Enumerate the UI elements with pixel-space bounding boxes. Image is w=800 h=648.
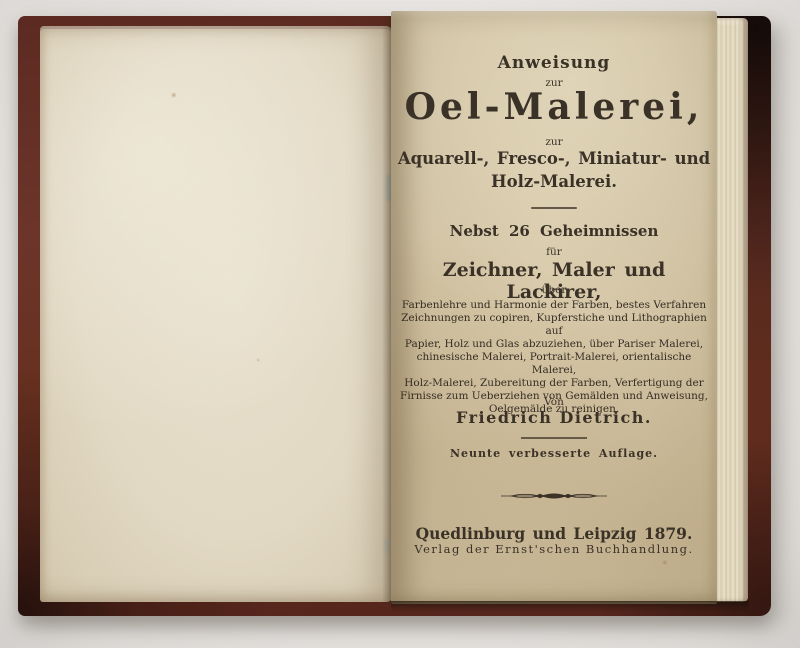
short-rule-divider (531, 207, 577, 209)
contents-line: Farbenlehre und Harmonie der Farben, bes… (396, 299, 712, 312)
main-title: Oel-Malerei, (391, 86, 717, 128)
secrets-line: Nebst 26 Geheimnissen (391, 222, 717, 240)
blank-left-page (40, 26, 392, 602)
contents-line: Papier, Holz und Glas abzuziehen, über P… (396, 338, 712, 351)
title-page: Anweisung zur Oel-Malerei, zur Aquarell-… (391, 11, 717, 604)
contents-line: Holz-Malerei, Zubereitung der Farben, Ve… (396, 377, 712, 390)
lens-ornament-divider (391, 487, 717, 506)
contents-line: chinesische Malerei, Portrait-Malerei, o… (396, 351, 712, 377)
book-bottom-edge-shadow (391, 601, 749, 612)
audience-line: Zeichner, Maler und Lackirer, (391, 259, 717, 303)
series-title: Anweisung (391, 53, 717, 73)
imprint-city-year: Quedlinburg und Leipzig 1879. (391, 524, 717, 543)
subtitle-line-1: Aquarell-, Fresco-, Miniatur- und (391, 149, 717, 168)
photo-backdrop: Anweisung zur Oel-Malerei, zur Aquarell-… (0, 0, 800, 648)
author-name: Friedrich Dietrich. (391, 408, 717, 427)
for-word: für (391, 246, 717, 258)
contents-line: Zeichnungen zu copiren, Kupferstiche und… (396, 312, 712, 338)
short-rule-divider (521, 437, 587, 439)
page-edges-stack (714, 18, 748, 602)
ornament-icon (499, 490, 609, 502)
subtitle-line-2: Holz-Malerei. (391, 172, 717, 191)
imprint-publisher: Verlag der Ernst'schen Buchhandlung. (391, 542, 717, 556)
by-word: Von (391, 396, 717, 408)
edition-line: Neunte verbesserte Auflage. (391, 447, 717, 460)
connector-word: zur (391, 136, 717, 148)
about-word: über (391, 284, 717, 296)
